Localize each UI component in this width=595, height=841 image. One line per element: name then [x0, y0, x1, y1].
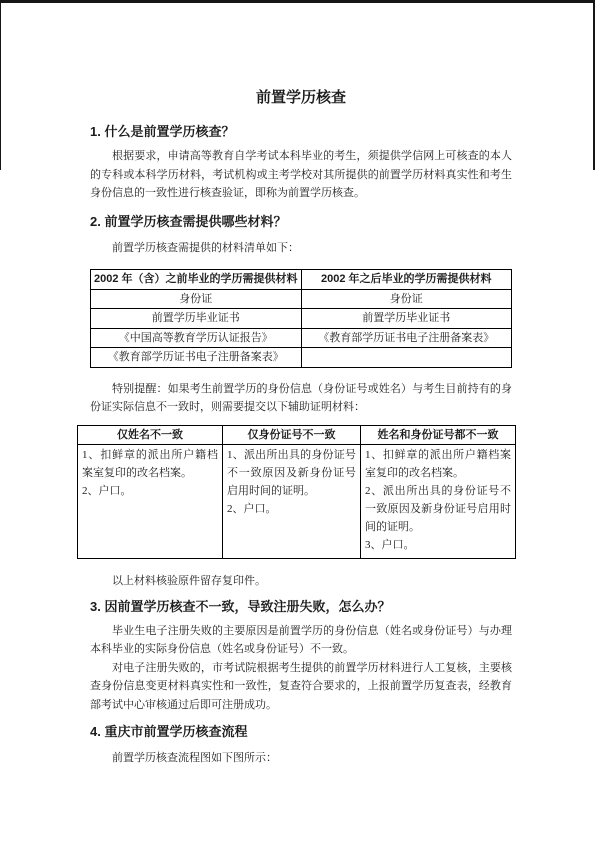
section-2-intro: 前置学历核查需提供的材料清单如下： [90, 239, 512, 258]
table-header-cell: 2002 年之后毕业的学历需提供材料 [301, 270, 512, 290]
table-row: 身份证 身份证 [91, 289, 512, 309]
table-cell: 1、扣鲜章的派出所户籍档案室复印的改名档案。 2、户口。 [78, 445, 223, 559]
table-header-row: 2002 年（含）之前毕业的学历需提供材料 2002 年之后毕业的学历需提供材料 [91, 270, 512, 290]
table-row: 《教育部学历证书电子注册备案表》 [91, 348, 512, 368]
table-cell: 身份证 [301, 289, 512, 309]
table-cell: 《教育部学历证书电子注册备案表》 [91, 348, 302, 368]
list-item: 2、户口。 [82, 482, 218, 500]
section-1-paragraph: 根据要求，申请高等教育自学考试本科毕业的考生，须提供学信网上可核查的本人的专科或… [90, 147, 512, 203]
section-3-paragraph-1: 毕业生电子注册失败的主要原因是前置学历的身份信息（姓名或身份证号）与办理本科毕业… [90, 622, 512, 659]
list-item: 1、扣鲜章的派出所户籍档案室复印的改名档案。 [82, 446, 218, 482]
section-2-heading: 2. 前置学历核查需提供哪些材料？ [90, 213, 512, 231]
page-edge-left [0, 0, 1, 170]
table-header-cell: 2002 年（含）之前毕业的学历需提供材料 [91, 270, 302, 290]
document-page: 前置学历核查 1. 什么是前置学历核查？ 根据要求，申请高等教育自学考试本科毕业… [90, 88, 512, 768]
table-row: 前置学历毕业证书 前置学历毕业证书 [91, 309, 512, 329]
list-item: 2、户口。 [227, 500, 356, 518]
table-header-cell: 仅身份证号不一致 [223, 425, 361, 445]
table-cell: 前置学历毕业证书 [301, 309, 512, 329]
table-header-cell: 仅姓名不一致 [78, 425, 223, 445]
list-item: 1、派出所出具的身份证号不一致原因及新身份证号启用时间的证明。 [227, 446, 356, 500]
table-header-row: 仅姓名不一致 仅身份证号不一致 姓名和身份证号都不一致 [78, 425, 516, 445]
section-3-paragraph-2: 对电子注册失败的，市考试院根据考生提供的前置学历材料进行人工复核，主要核查身份信… [90, 659, 512, 715]
table-cell: 身份证 [91, 289, 302, 309]
table-header-cell: 姓名和身份证号都不一致 [361, 425, 516, 445]
section-4-heading: 4. 重庆市前置学历核查流程 [90, 723, 512, 741]
table-cell: 1、派出所出具的身份证号不一致原因及新身份证号启用时间的证明。 2、户口。 [223, 445, 361, 559]
page-edge-top [0, 0, 595, 3]
table-cell: 前置学历毕业证书 [91, 309, 302, 329]
section-4-intro: 前置学历核查流程图如下图所示： [90, 749, 512, 768]
table-row: 《中国高等教育学历认证报告》 《教育部学历证书电子注册备案表》 [91, 328, 512, 348]
table-cell: 《中国高等教育学历认证报告》 [91, 328, 302, 348]
table-cell: 《教育部学历证书电子注册备案表》 [301, 328, 512, 348]
table-cell: 1、扣鲜章的派出所户籍档案室复印的改名档案。 2、派出所出具的身份证号不一致原因… [361, 445, 516, 559]
verification-note: 以上材料核验原件留存复印件。 [90, 572, 512, 591]
page-title: 前置学历核查 [90, 88, 512, 108]
materials-table: 2002 年（含）之前毕业的学历需提供材料 2002 年之后毕业的学历需提供材料… [90, 269, 512, 368]
section-3-heading: 3. 因前置学历核查不一致，导致注册失败，怎么办？ [90, 598, 512, 616]
table-cell [301, 348, 512, 368]
list-item: 2、派出所出具的身份证号不一致原因及新身份证号启用时间的证明。 [365, 482, 511, 536]
table-row: 1、扣鲜章的派出所户籍档案室复印的改名档案。 2、户口。 1、派出所出具的身份证… [78, 445, 516, 559]
list-item: 1、扣鲜章的派出所户籍档案室复印的改名档案。 [365, 446, 511, 482]
list-item: 3、户口。 [365, 536, 511, 554]
section-1-heading: 1. 什么是前置学历核查？ [90, 123, 512, 141]
special-reminder: 特别提醒：如果考生前置学历的身份信息（身份证号或姓名）与考生目前持有的身份证实际… [90, 380, 512, 417]
mismatch-table: 仅姓名不一致 仅身份证号不一致 姓名和身份证号都不一致 1、扣鲜章的派出所户籍档… [77, 425, 516, 560]
